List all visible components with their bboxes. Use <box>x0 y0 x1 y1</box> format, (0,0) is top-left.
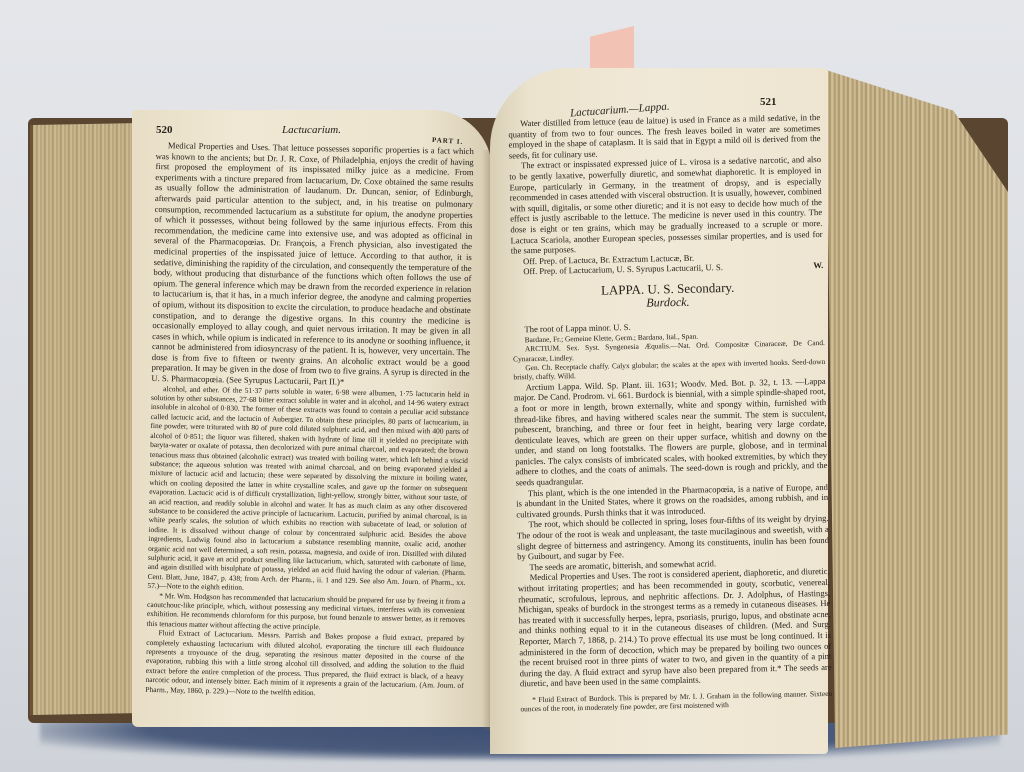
footnote-paragraph: * Mr. Wm. Hodgson has recommended that l… <box>147 591 466 635</box>
left-page-number: 520 <box>156 124 173 136</box>
paragraph: Arctium Lappa. Wild. Sp. Plant. iii. 163… <box>514 376 828 488</box>
paragraph: The extract or inspissated expressed jui… <box>509 154 823 256</box>
left-page-body: Medical Properties and Uses. That lettuc… <box>145 140 474 700</box>
left-page: 520 Lactucarium. PART I. Medical Propert… <box>132 110 492 727</box>
footnote: * Fluid Extract of Burdock. This is prep… <box>520 689 832 714</box>
author-signature: W. <box>801 260 823 271</box>
right-page: Lactucarium.—Lappa. 521 Water distilled … <box>490 68 828 754</box>
right-page-number: 521 <box>760 96 777 108</box>
photo-scene: 520 Lactucarium. PART I. Medical Propert… <box>0 0 1024 772</box>
note-paragraph: alcohol, and ether. Of the 51·37 parts s… <box>147 384 469 597</box>
paragraph: Medical Properties and Uses. The root is… <box>518 566 832 689</box>
paragraph: Water distilled from lettuce (eau de lai… <box>508 112 821 161</box>
right-page-body: Water distilled from lettuce (eau de lai… <box>508 112 832 714</box>
paragraph: Medical Properties and Uses. That lettuc… <box>151 140 474 390</box>
paragraph: The root, which should be collected in s… <box>516 513 829 562</box>
left-running-head: Lactucarium. <box>282 124 341 136</box>
right-page-edges <box>826 70 1008 748</box>
left-page-edges <box>30 123 145 715</box>
note-paragraph: Fluid Extract of Lactucarium. Messrs. Pa… <box>145 628 464 700</box>
